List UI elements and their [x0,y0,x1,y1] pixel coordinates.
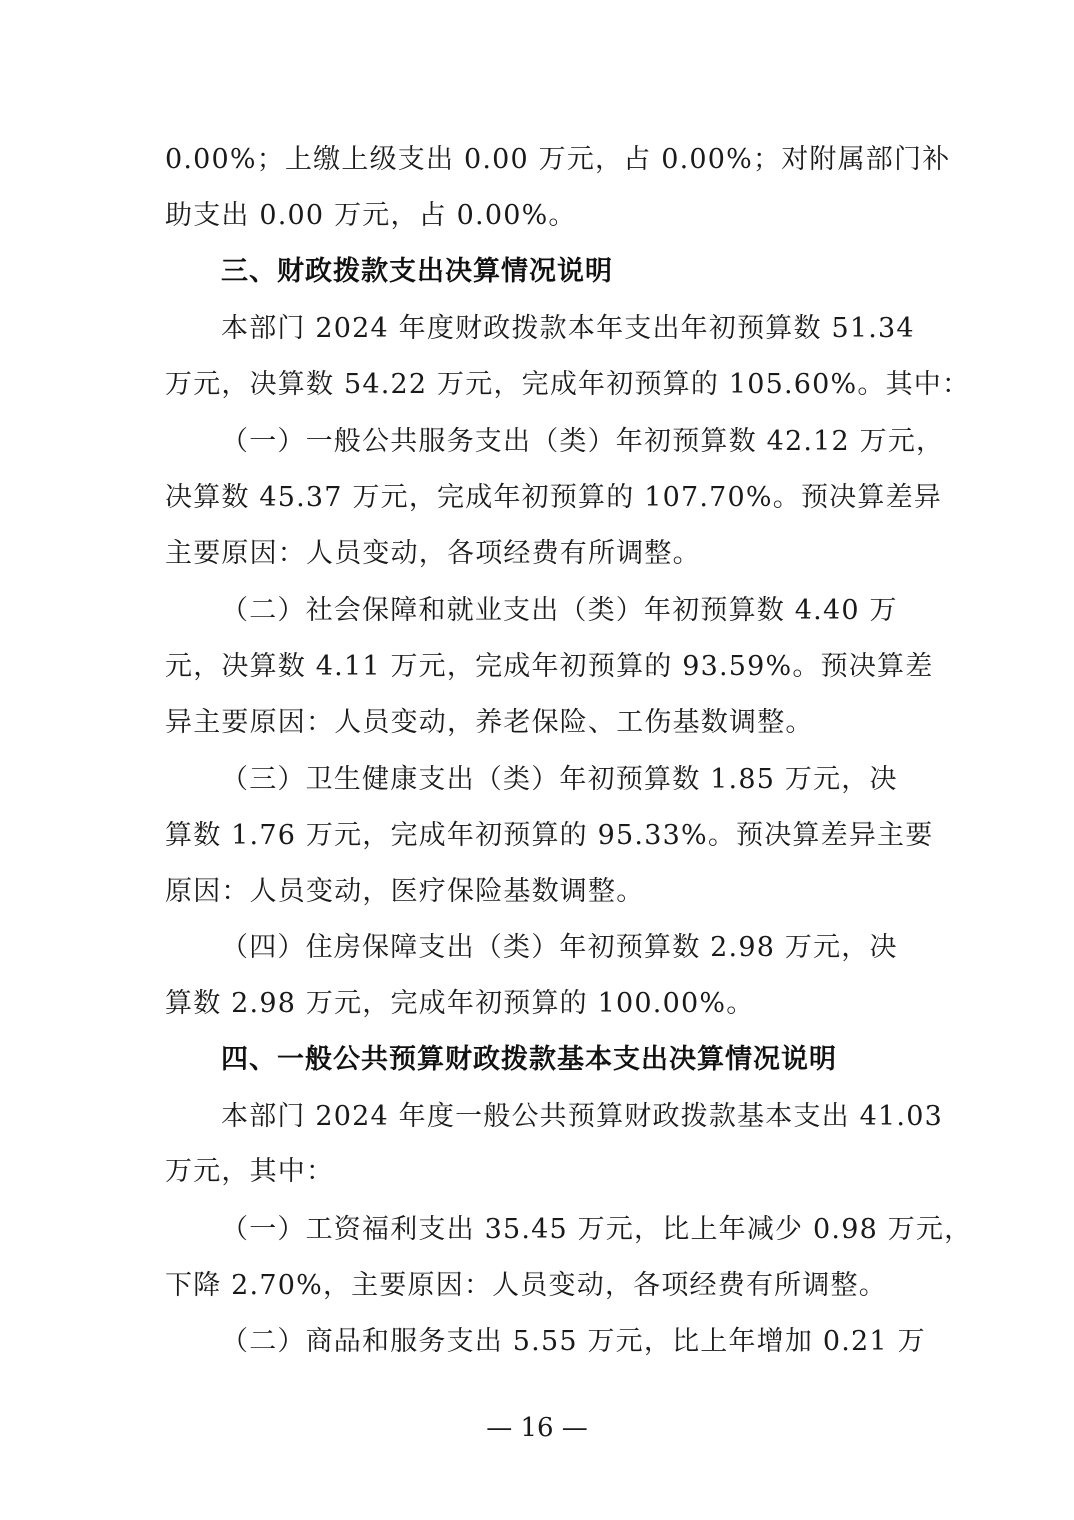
body-text-line: 原因：人员变动，医疗保险基数调整。 [165,872,915,912]
page-number: — 16 — [0,1408,1074,1448]
body-text-line: 算数 1.76 万元，完成年初预算的 95.33%。预决算差异主要 [165,816,915,856]
section-heading-4: 四、一般公共预算财政拨款基本支出决算情况说明 [221,1040,971,1080]
body-text-line: （二）社会保障和就业支出（类）年初预算数 4.40 万 [221,591,971,631]
body-text-line: 决算数 45.37 万元，完成年初预算的 107.70%。预决算差异 [165,478,915,518]
body-text-line: 下降 2.70%，主要原因：人员变动，各项经费有所调整。 [165,1266,915,1306]
body-text-line: 算数 2.98 万元，完成年初预算的 100.00%。 [165,984,915,1024]
body-text-line: 0.00%；上缴上级支出 0.00 万元，占 0.00%；对附属部门补 [165,140,915,180]
body-text-line: （四）住房保障支出（类）年初预算数 2.98 万元，决 [221,928,971,968]
body-text-line: 主要原因：人员变动，各项经费有所调整。 [165,534,915,574]
body-text-line: 助支出 0.00 万元，占 0.00%。 [165,196,915,236]
body-text-line: （二）商品和服务支出 5.55 万元，比上年增加 0.21 万 [221,1322,971,1362]
section-heading-3: 三、财政拨款支出决算情况说明 [221,252,971,292]
body-text-line: （一）工资福利支出 35.45 万元，比上年减少 0.98 万元， [221,1210,971,1250]
body-text-line: （一）一般公共服务支出（类）年初预算数 42.12 万元， [221,422,971,462]
body-text-line: 万元，其中： [165,1152,915,1192]
body-text-line: 万元，决算数 54.22 万元，完成年初预算的 105.60%。其中： [165,365,915,405]
body-text-line: 本部门 2024 年度财政拨款本年支出年初预算数 51.34 [221,309,971,349]
body-text-line: 异主要原因：人员变动，养老保险、工伤基数调整。 [165,703,915,743]
body-text-line: 元，决算数 4.11 万元，完成年初预算的 93.59%。预决算差 [165,647,915,687]
body-text-line: 本部门 2024 年度一般公共预算财政拨款基本支出 41.03 [221,1097,971,1137]
document-page: 0.00%；上缴上级支出 0.00 万元，占 0.00%；对附属部门补 助支出 … [0,0,1074,1520]
body-text-line: （三）卫生健康支出（类）年初预算数 1.85 万元，决 [221,760,971,800]
